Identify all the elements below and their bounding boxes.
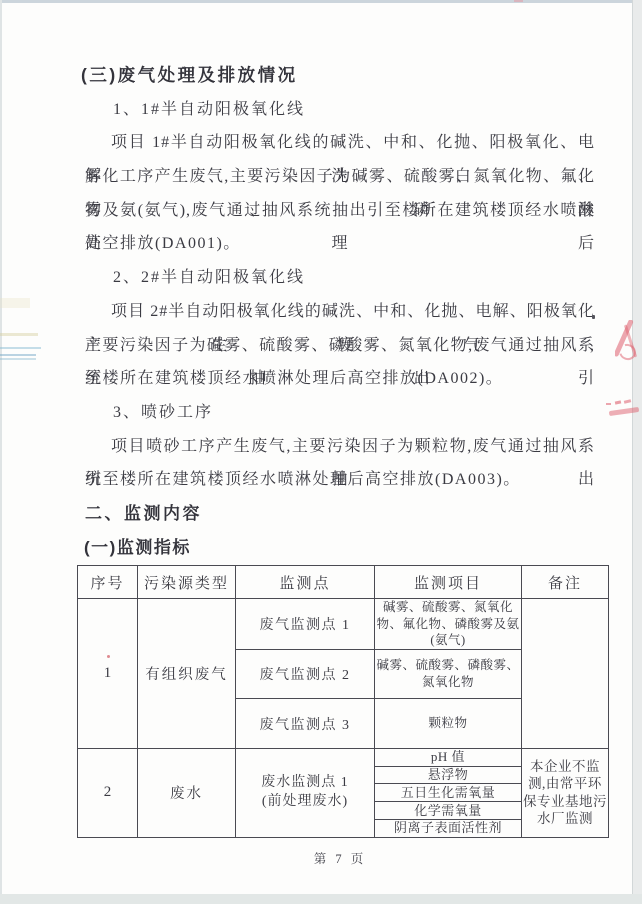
scan-edge-top — [0, 0, 642, 3]
col-header-point: 监测点 — [236, 566, 375, 599]
table-row: 2 废水 废水监测点 1 (前处理废水) pH 值 本企业不监测,由常平环保专业… — [78, 748, 609, 766]
col-header-index: 序号 — [78, 566, 138, 599]
cell-row1-source: 有组织废气 — [138, 599, 236, 749]
subsection-title-3: 3、喷砂工序 — [113, 396, 595, 430]
table-row: 1 有组织废气 废气监测点 1 碱雾、硫酸雾、氮氧化物、氟化物、磷酸雾及氨(氨气… — [78, 599, 609, 650]
scan-edge-left — [0, 0, 2, 904]
cell-water-item-ph: pH 值 — [375, 748, 522, 766]
scan-edge-bottom — [0, 894, 642, 904]
cell-row2-source: 废水 — [138, 748, 236, 837]
section-heading-monitoring: 二、监测内容 — [85, 497, 595, 531]
col-header-remark: 备注 — [522, 566, 609, 599]
subsection-title-2: 2、2#半自动阳极氧化线 — [113, 261, 595, 295]
cell-water-item-bod: 五日生化需氧量 — [375, 784, 522, 802]
cell-water-item-cod: 化学需氧量 — [375, 802, 522, 820]
monitoring-table: 序号 污染源类型 监测点 监测项目 备注 1 有组织废气 废气监测点 1 碱雾、… — [77, 565, 609, 838]
table-header-row: 序号 污染源类型 监测点 监测项目 备注 — [78, 566, 609, 599]
water-point-line1: 废水监测点 1 — [236, 774, 374, 793]
cell-row2-index: 2 — [78, 748, 138, 837]
scan-streak — [0, 347, 41, 349]
page-number: 第 7 页 — [85, 849, 595, 869]
text-line: 项目 2#半自动阳极氧化线的碱洗、中和、化抛、电解、阳极氧化产生废气, — [85, 295, 595, 329]
cell-gas-items-2: 碱雾、硫酸雾、磷酸雾、氮氧化物 — [375, 649, 522, 699]
text-line: 雾及氨(氨气),废气通过抽风系统抽出引至楼所在建筑楼顶经水喷淋处理后 — [85, 194, 595, 228]
cell-gas-point-2: 废气监测点 2 — [236, 649, 375, 699]
cell-water-item-las: 阴离子表面活性剂 — [375, 820, 522, 838]
section-heading-waste-gas: (三)废气处理及排放情况 — [81, 59, 595, 93]
text-line: 项目 1#半自动阳极氧化线的碱洗、中和、化抛、阳极氧化、电解、洗白、 — [85, 126, 595, 160]
cell-gas-point-3: 废气监测点 3 — [236, 699, 375, 749]
subsection-heading-indicators: (一)监测指标 — [84, 531, 595, 565]
scanned-document-page: (三)废气处理及排放情况 1、1#半自动阳极氧化线 项目 1#半自动阳极氧化线的… — [0, 0, 642, 904]
scan-speck — [107, 655, 110, 658]
cell-water-item-ss: 悬浮物 — [375, 766, 522, 784]
document-body: (三)废气处理及排放情况 1、1#半自动阳极氧化线 项目 1#半自动阳极氧化线的… — [85, 59, 595, 564]
scan-streak — [0, 298, 30, 308]
scan-edge-right — [632, 0, 642, 904]
scan-streak — [0, 333, 38, 336]
cell-gas-items-1: 碱雾、硫酸雾、氮氧化物、氟化物、磷酸雾及氨(氨气) — [375, 599, 522, 650]
text-line: 雾化工序产生废气,主要污染因子为碱雾、硫酸雾、氮氧化物、氟化物、磷酸 — [85, 160, 595, 194]
water-point-line2: (前处理废水) — [236, 793, 374, 812]
cell-row1-remark — [522, 599, 609, 749]
subsection-title-1: 1、1#半自动阳极氧化线 — [113, 93, 595, 127]
col-header-items: 监测项目 — [375, 566, 522, 599]
cell-water-point: 废水监测点 1 (前处理废水) — [236, 748, 375, 837]
cell-row1-index: 1 — [78, 599, 138, 749]
red-stamp-fragment-icon — [605, 398, 641, 418]
cell-row2-remark: 本企业不监测,由常平环保专业基地污水厂监测 — [522, 748, 609, 837]
scan-speck — [592, 315, 595, 319]
red-stamp-fragment-icon — [615, 320, 642, 366]
cell-gas-point-1: 废气监测点 1 — [236, 599, 375, 650]
scan-streak — [0, 358, 36, 360]
text-line: 项目喷砂工序产生废气,主要污染因子为颗粒物,废气通过抽风系统抽出 — [85, 430, 595, 464]
scan-streak — [0, 354, 36, 356]
cell-gas-items-3: 颗粒物 — [375, 699, 522, 749]
text-line: 主要污染因子为碱雾、硫酸雾、磷酸雾、氮氧化物,废气通过抽风系统抽出引 — [85, 329, 595, 363]
scan-speck — [514, 0, 523, 2]
text-line: 引至楼所在建筑楼顶经水喷淋处理后高空排放(DA003)。 — [85, 463, 595, 497]
col-header-source-type: 污染源类型 — [138, 566, 236, 599]
